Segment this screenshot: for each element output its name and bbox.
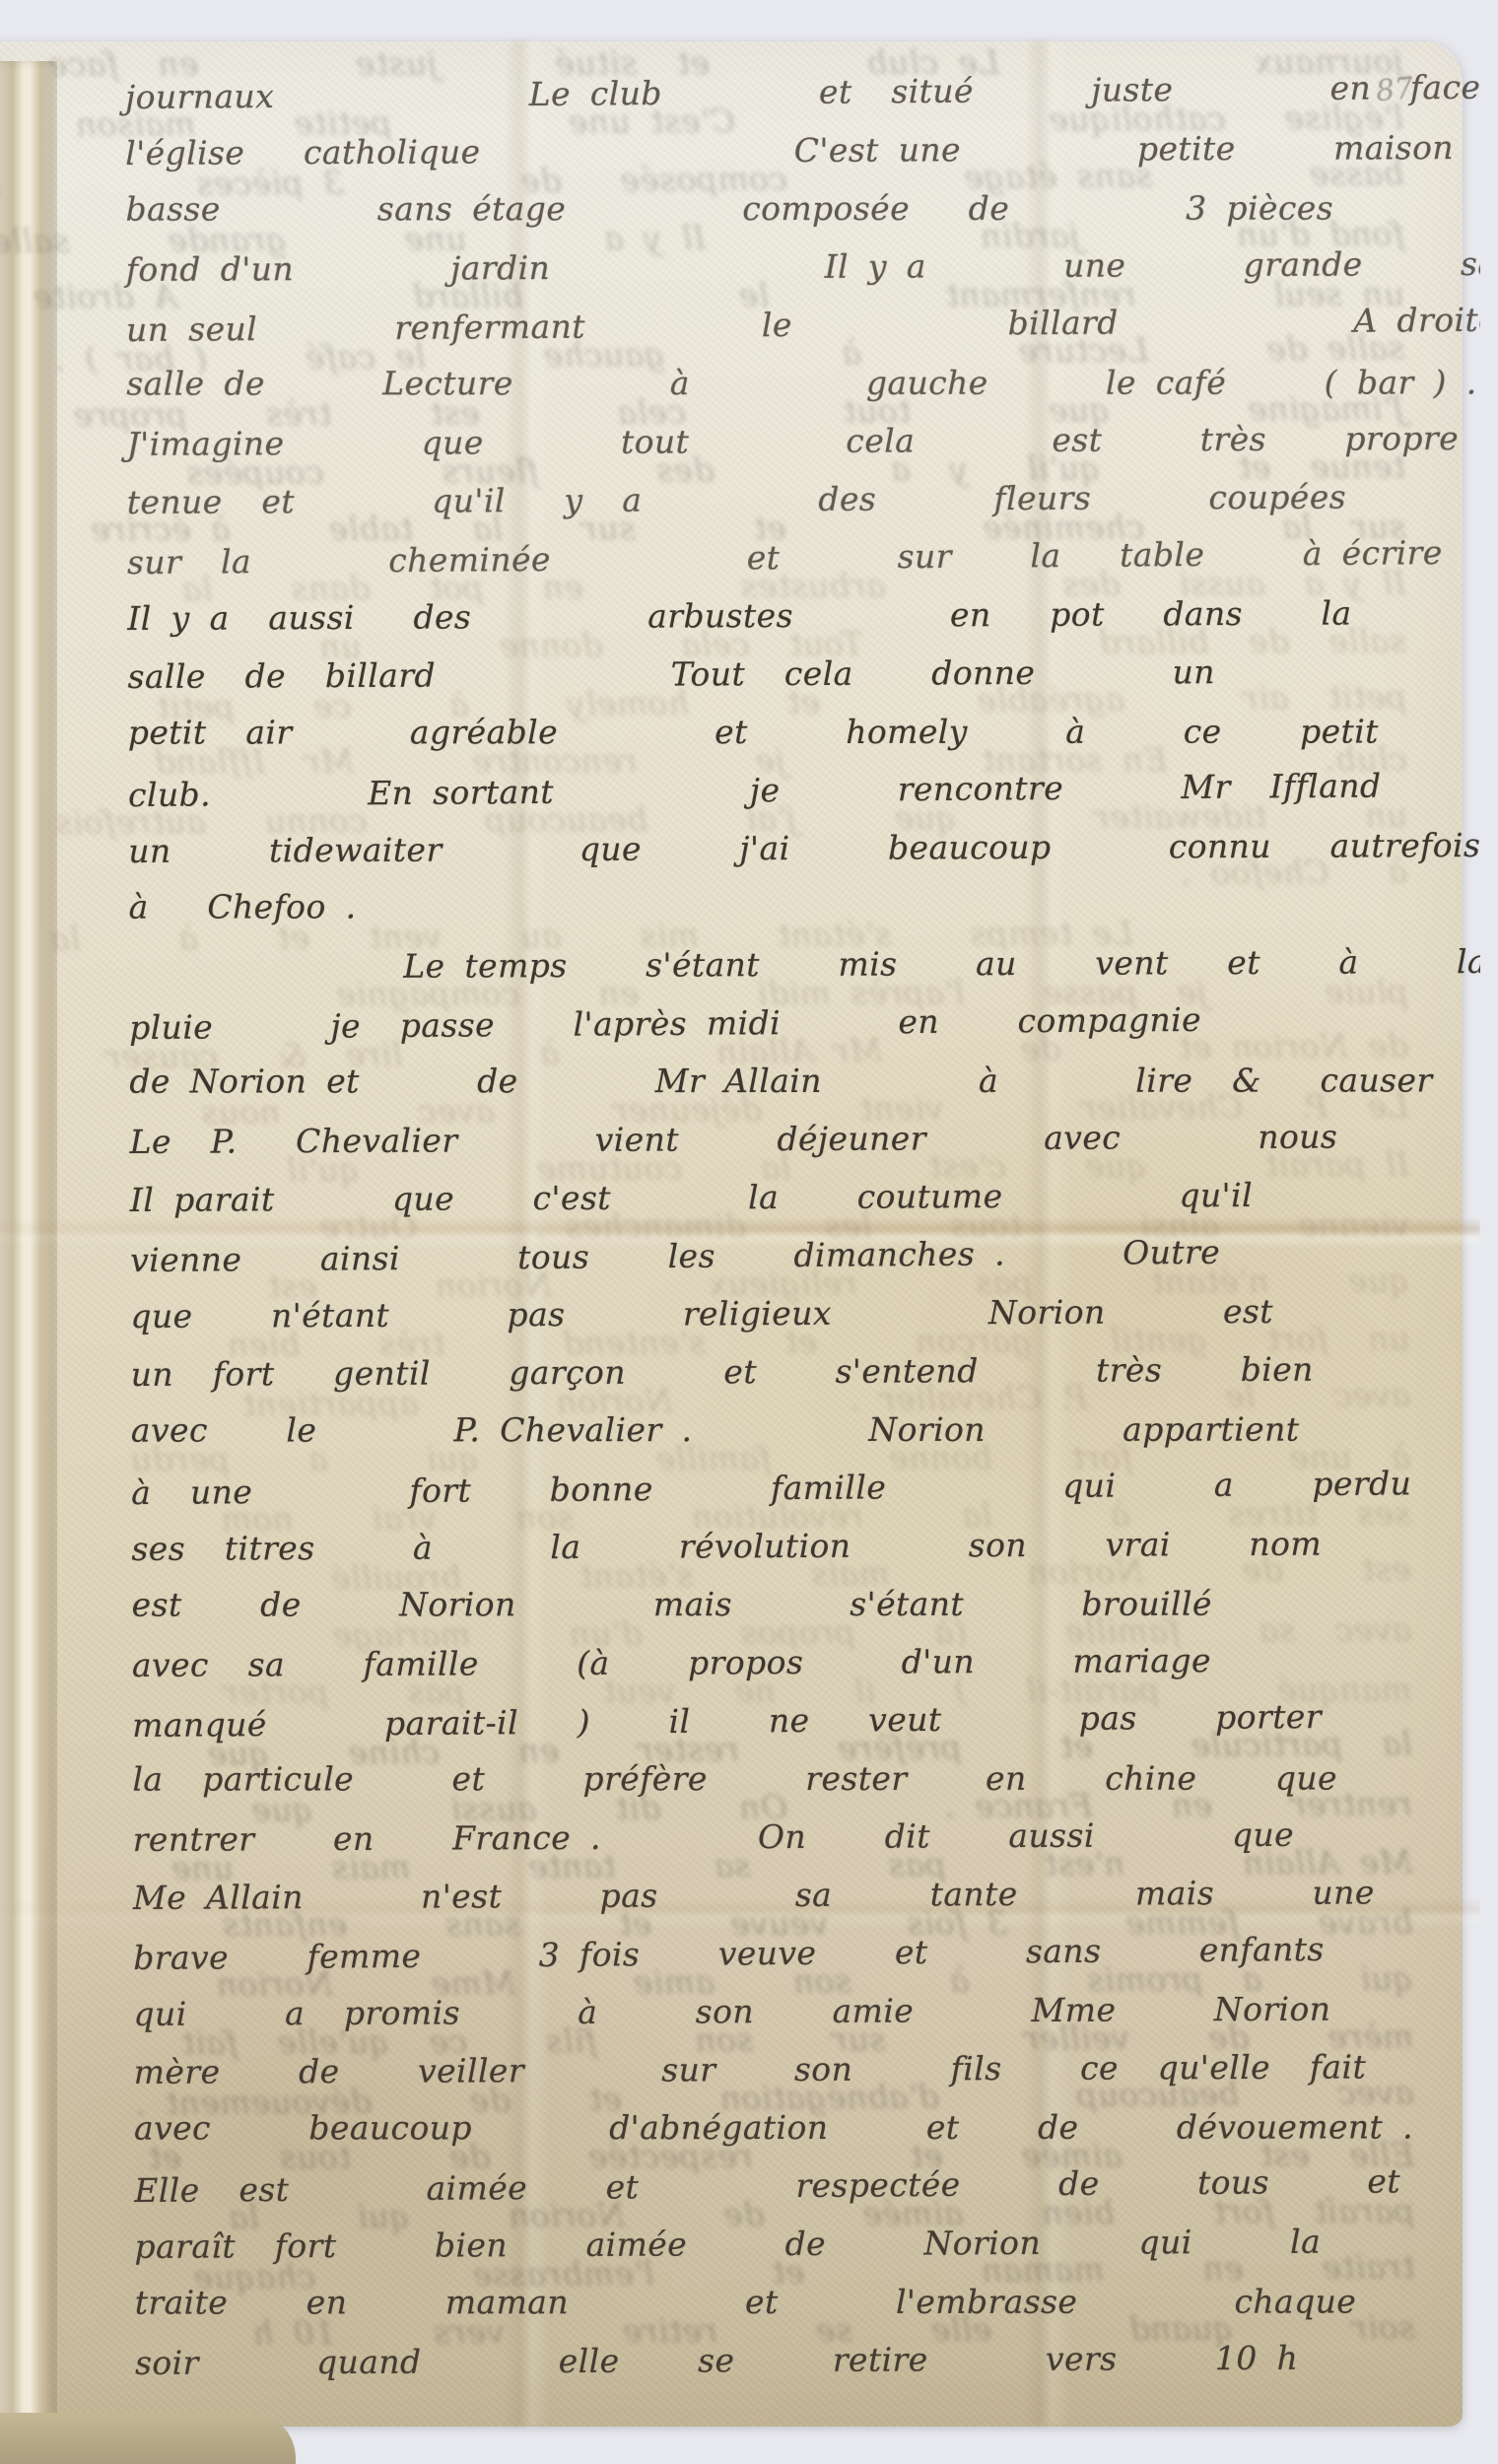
handwriting-line: journaux Le club et situé juste en face [125, 58, 1456, 126]
handwriting-line: J'imagine que tout cela est très propre [126, 409, 1457, 473]
handwriting-line: avec beaucoup d'abnégation et de dévouem… [134, 2097, 1464, 2156]
handwriting-line: pluie je passe l'après midi en compagnie [129, 989, 1460, 1057]
handwriting-line: Me Allain n'est pas sa tante mais une [133, 1863, 1464, 1927]
handwriting-line: salle de billard Tout cela donne un [127, 642, 1458, 706]
handwriting-line: avec le P. Chevalier . Norion appartient [131, 1400, 1462, 1459]
handwriting-line: tenue et qu'il y a des fleurs coupées [127, 467, 1458, 531]
handwriting-line: Le temps s'étant mis au vent et à la [129, 932, 1460, 996]
handwriting-line: petit air agréable et homely à ce petit [128, 702, 1459, 761]
handwriting-line: à Chefoo . [129, 876, 1460, 935]
handwriting-line: rentrer en France . On dit aussi que [133, 1805, 1464, 1869]
handwriting-layer: journaux Le club et situé juste en facel… [125, 60, 1465, 2392]
handwriting-line: club. En sortant je rencontre Mr Iffland [128, 756, 1459, 824]
handwriting-line: salle de Lecture à gauche le café ( bar … [126, 353, 1457, 412]
handwriting-line: Il parait que c'est la coutume qu'il [130, 1165, 1461, 1229]
handwriting-line: Il y a aussi des arbustes en pot dans la [127, 583, 1458, 648]
handwriting-line: soir quand elle se retire vers 10 h [135, 2328, 1465, 2392]
handwriting-line: brave femme 3 fois veuve et sans enfants [133, 1919, 1464, 1987]
handwriting-line: que n'étant pas religieux Norion est [130, 1281, 1461, 1345]
photo-backdrop: { "document": { "kind": "handwritten-let… [0, 0, 1498, 2464]
handwriting-line: qui a promis à son amie Mme Norion [133, 1979, 1464, 2043]
handwriting-line: un fort gentil garçon et s'entend très b… [131, 1339, 1462, 1403]
handwriting-line: est de Norion mais s'étant brouillé [132, 1574, 1463, 1633]
handwriting-line: Elle est aimée et respectée de tous et [134, 2152, 1464, 2220]
handwriting-stack: journaux Le club et situé juste en facel… [0, 41, 1480, 2427]
handwriting-line: de Norion et de Mr Allain à lire & cause… [129, 1051, 1460, 1110]
handwriting-line: vienne ainsi tous les dimanches . Outre [130, 1221, 1461, 1289]
handwriting-line: Le P. Chevalier vient déjeuner avec nous [129, 1107, 1460, 1171]
handwriting-line: un tidewaiter que j'ai beaucoup connu au… [128, 816, 1459, 880]
handwriting-line: avec sa famille (à propos d'un mariage [132, 1630, 1463, 1694]
handwriting-line: basse sans étage composée de 3 pièces au [125, 178, 1456, 238]
handwriting-line: fond d'un jardin Il y a une grande salle [126, 235, 1457, 299]
handwriting-line: ses titres à la révolution son vrai nom [131, 1514, 1462, 1578]
handwriting-line: sur la cheminée et sur la table à écrire [127, 523, 1458, 591]
page-number: 87 [1374, 71, 1415, 109]
handwriting-line: manqué parait-il ) il ne veut pas porter [132, 1686, 1463, 1754]
handwriting-line: l'église catholique C'est une petite mai… [125, 118, 1456, 182]
handwriting-line: mère de veiller sur son fils ce qu'elle … [134, 2037, 1464, 2101]
handwriting-line: la particule et préfère rester en chine … [132, 1748, 1463, 1808]
handwriting-line: traite en maman et l'embrasse chaque [135, 2272, 1465, 2331]
handwriting-line: paraît fort bien aimée de Norion qui la [134, 2212, 1464, 2276]
handwriting-line: à une fort bonne famille qui a perdu [131, 1454, 1462, 1522]
handwriting-line: un seul renfermant le billard A droite l… [126, 291, 1457, 359]
